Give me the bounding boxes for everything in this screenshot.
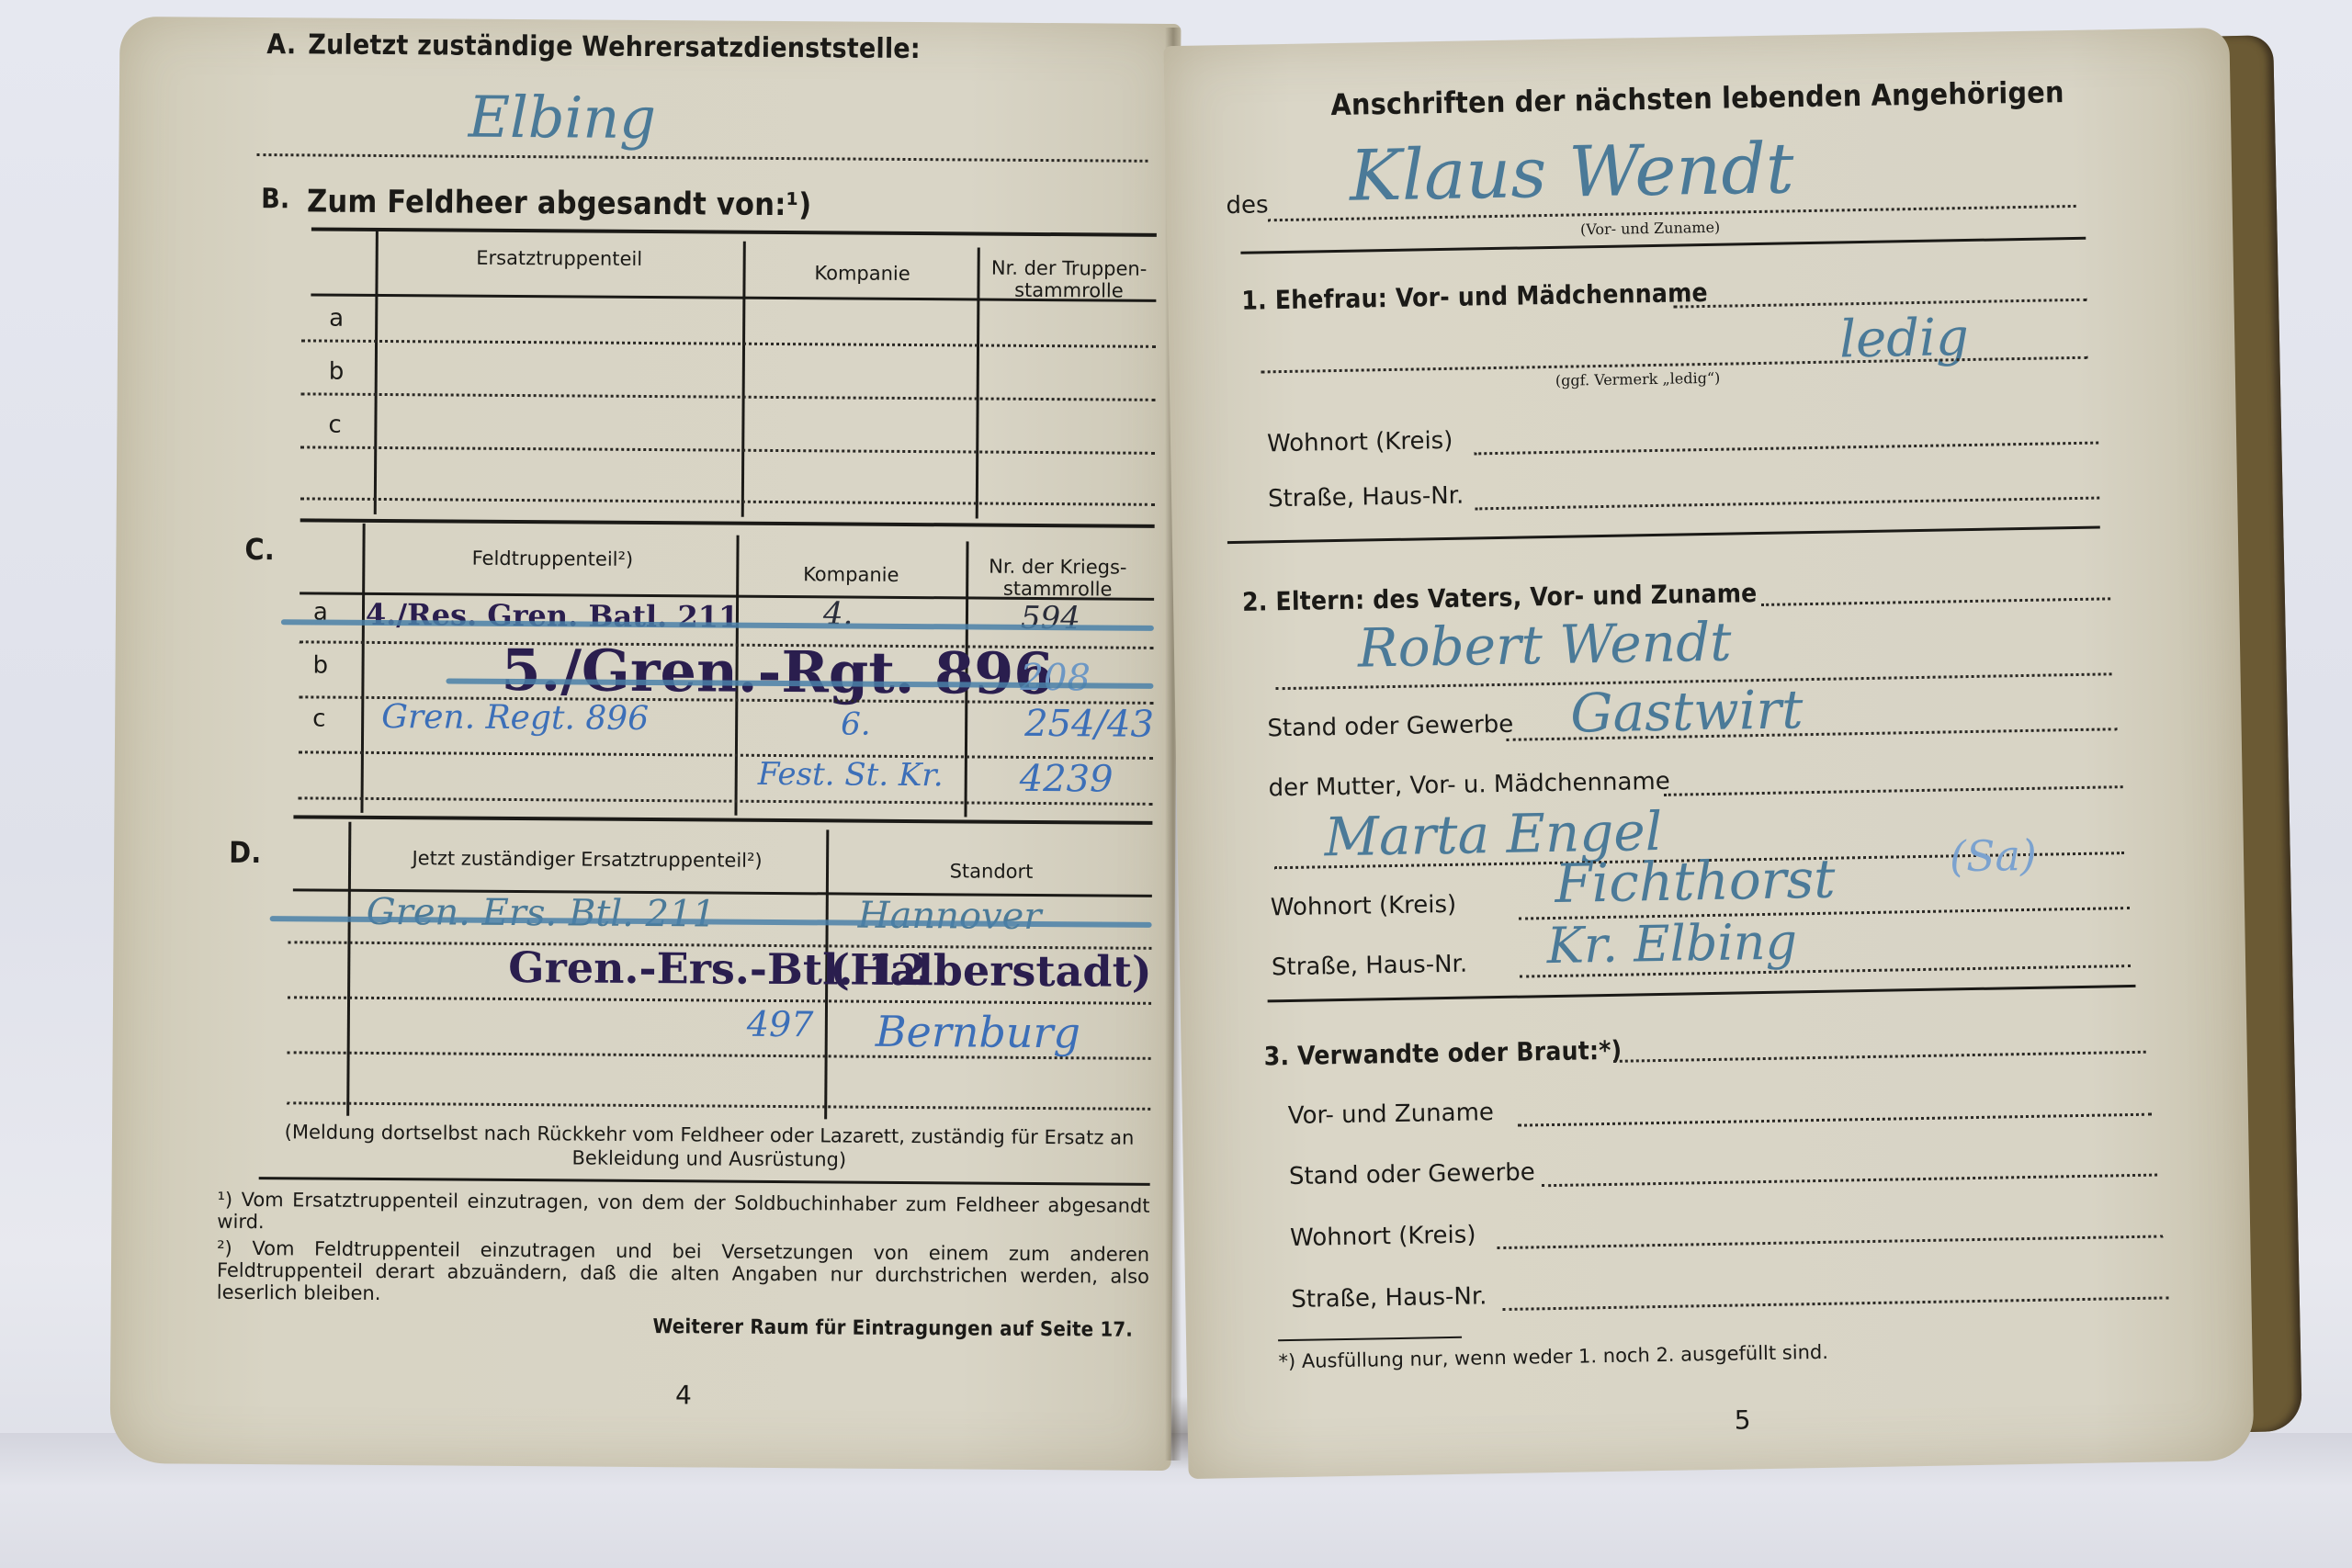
page-5: Anschriften der nächsten lebenden Angehö…	[1163, 28, 2254, 1479]
next-of-kin-title: Anschriften der nächsten lebenden Angehö…	[1238, 73, 2157, 123]
section-d-col-divider	[346, 822, 351, 1116]
parents-residence-note: (Sa)	[1950, 830, 2038, 882]
section-b-row-b: b	[329, 358, 345, 386]
wife-label: 1. Ehefrau: Vor- und Mädchenname	[1241, 277, 1708, 316]
relatives-residence-line	[1497, 1235, 2163, 1249]
parents-street: Kr. Elbing	[1546, 912, 1797, 975]
section-b-col-divider	[374, 230, 379, 514]
section-c-bottom-rule	[293, 815, 1152, 825]
page-4: A. Zuletzt zuständige Wehrersatzdienstst…	[110, 17, 1182, 1471]
footnote-2: ²) Vom Feldtruppenteil einzutragen und b…	[217, 1237, 1149, 1310]
section-c-row-b-stamp: 5./Gren.-Rgt. 896	[501, 637, 1053, 707]
section-a-line	[256, 153, 1148, 163]
section-c-col-divider	[360, 524, 365, 813]
section-a-title: Zuletzt zuständige Wehrersatzdienststell…	[308, 28, 921, 65]
section-b-row-line	[300, 446, 1155, 454]
section-b-row-a: a	[329, 305, 344, 333]
wife-street-line	[1475, 497, 2099, 511]
section-c-col-unit: Feldtruppenteil²)	[373, 547, 731, 571]
occupation-label: Stand oder Gewerbe	[1267, 711, 1513, 743]
section-d-label: D.	[229, 835, 262, 870]
owner-name: Klaus Wendt	[1349, 127, 1794, 216]
section-d-note: (Meldung dortselbst nach Rückkehr vom Fe…	[268, 1120, 1150, 1174]
section-b-title: Zum Feldheer abgesandt von:¹)	[307, 183, 812, 223]
parents-line	[1761, 597, 2110, 606]
parents-residence: Fichthorst	[1555, 848, 1836, 915]
wife-rule	[1227, 526, 2100, 545]
relatives-name-label: Vor- und Zuname	[1288, 1099, 1495, 1130]
footnote-rule-right	[1278, 1337, 1462, 1341]
relatives-street-line	[1503, 1296, 2169, 1311]
owner-caption: (Vor- und Zuname)	[1580, 219, 1720, 239]
section-b-row-line	[300, 497, 1155, 505]
relatives-occupation-line	[1542, 1174, 2157, 1188]
section-c-row-c-unit: Gren. Regt. 896	[381, 698, 649, 738]
section-d-row-3-unit: 497	[747, 1004, 814, 1045]
owner-rule	[1240, 237, 2086, 254]
relatives-occupation-label: Stand oder Gewerbe	[1289, 1158, 1535, 1190]
section-b-col-company: Kompanie	[752, 262, 972, 286]
section-b-row-line	[301, 339, 1156, 347]
section-b-bottom-rule	[300, 518, 1155, 527]
section-a-label: A.	[266, 28, 296, 61]
wife-residence-label: Wohnort (Kreis)	[1267, 427, 1453, 458]
continuation-note: Weiterer Raum für Eintragungen auf Seite…	[652, 1315, 1133, 1342]
section-c-row-c-rollno: 254/43	[1024, 703, 1154, 746]
mother-label-line	[1664, 785, 2123, 796]
father-name: Robert Wendt	[1357, 611, 1732, 680]
parents-street-label: Straße, Haus-Nr.	[1272, 951, 1468, 982]
section-b-label: B.	[261, 183, 289, 215]
section-d-row-line	[288, 996, 1151, 1005]
relatives-name-line	[1518, 1113, 2152, 1127]
section-b-col-rollno: Nr. der Truppen-stammrolle	[981, 257, 1156, 302]
section-d-col-unit: Jetzt zuständiger Ersatztruppenteil²)	[357, 847, 817, 872]
section-d-row-1-unit: Gren. Ers. Btl. 211	[367, 891, 717, 936]
section-c-extra-company: Fest. St. Kr.	[758, 756, 944, 794]
section-b-top-rule	[311, 227, 1157, 236]
relatives-label: 3. Verwandte oder Braut:*)	[1263, 1035, 1622, 1072]
section-b-row-line	[301, 392, 1156, 400]
section-c-col-company: Kompanie	[741, 563, 961, 587]
section-c-row-c-company: 6.	[841, 705, 871, 742]
section-b-col-divider	[976, 248, 980, 519]
section-c-row-b: b	[312, 651, 328, 679]
section-b-col-divider	[741, 242, 746, 517]
relatives-line	[1613, 1051, 2146, 1063]
parents-residence-label: Wohnort (Kreis)	[1271, 891, 1457, 922]
mother-label: der Mutter, Vor- u. Mädchenname	[1268, 768, 1670, 803]
relatives-street-label: Straße, Haus-Nr.	[1291, 1282, 1487, 1314]
section-c-row-a-unit: 4./Res. Gren. Batl. 211	[366, 597, 739, 635]
section-b-row-c: c	[328, 412, 342, 439]
parents-rule	[1268, 985, 2136, 1002]
wife-street-label: Straße, Haus-Nr.	[1268, 482, 1464, 513]
section-d-row-1-location: Hannover	[858, 895, 1042, 938]
section-c-row-b-rollno: 208	[1020, 657, 1091, 700]
relatives-footnote: *) Ausfüllung nur, wenn weder 1. noch 2.…	[1278, 1341, 1828, 1372]
page-number-4: 4	[675, 1380, 692, 1410]
wife-caption: (ggf. Vermerk „ledig“)	[1555, 369, 1721, 389]
page-number-5: 5	[1734, 1404, 1750, 1435]
footnote-1: ¹) Vom Ersatztruppenteil einzutragen, vo…	[217, 1189, 1149, 1239]
section-c-extra-rollno: 4239	[1020, 758, 1114, 801]
wife-residence-line	[1474, 442, 2098, 456]
section-d-col-location: Standort	[835, 859, 1148, 883]
section-c-label: C.	[244, 532, 275, 567]
relatives-residence-label: Wohnort (Kreis)	[1290, 1222, 1476, 1253]
wife-line	[1673, 299, 2086, 309]
section-d-row-2-location: (Halberstadt)	[830, 944, 1152, 996]
section-c-row-c: c	[312, 705, 326, 732]
owner-prefix: des	[1226, 191, 1269, 220]
section-c-row-a-rollno: 594	[1021, 600, 1080, 637]
section-d-row-3-location: Bernburg	[876, 1007, 1081, 1058]
section-a-value: Elbing	[469, 84, 657, 152]
section-b-col-unit: Ersatztruppenteil	[385, 246, 734, 271]
footnote-rule	[259, 1177, 1150, 1186]
section-d-row-line	[287, 1101, 1150, 1111]
section-c-col-rollno: Nr. der Kriegs-stammrolle	[970, 555, 1145, 600]
